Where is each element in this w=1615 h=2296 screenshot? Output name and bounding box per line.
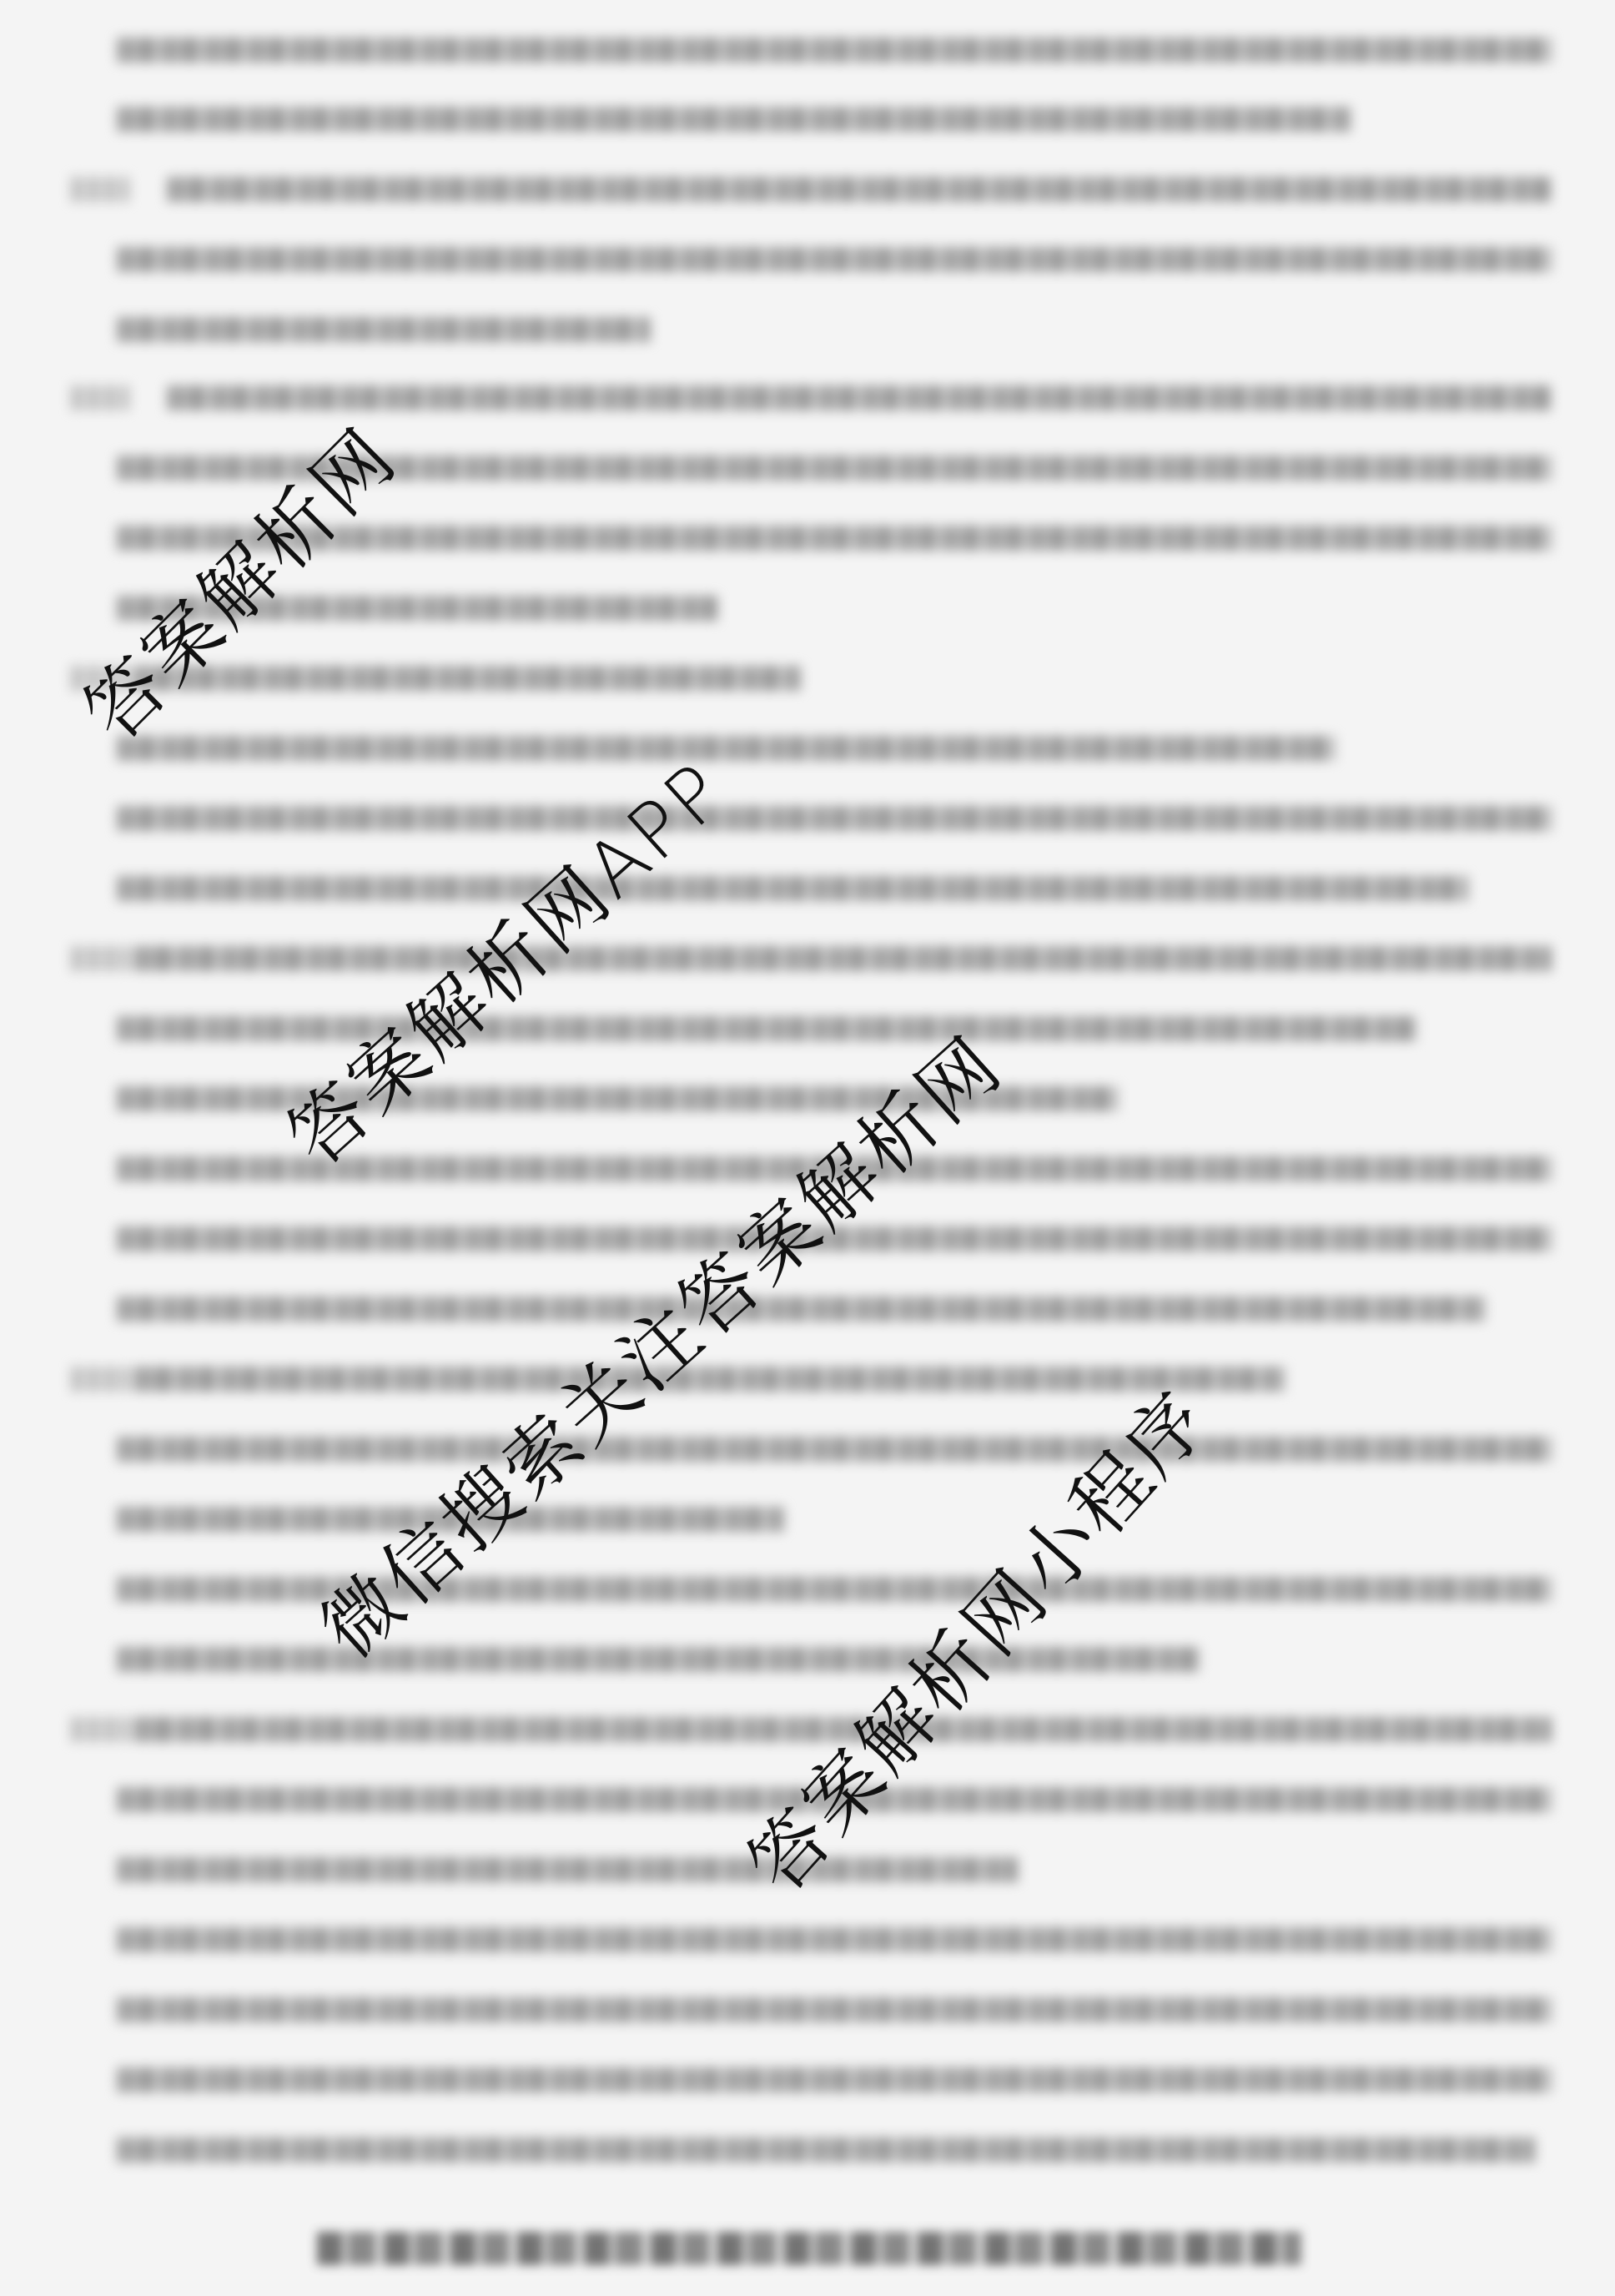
document-page: 答案解析网 答案解析网APP 微信搜索关注答案解析网 答案解析网小程序 bbox=[0, 0, 1615, 2296]
page-footer bbox=[317, 2232, 1301, 2265]
